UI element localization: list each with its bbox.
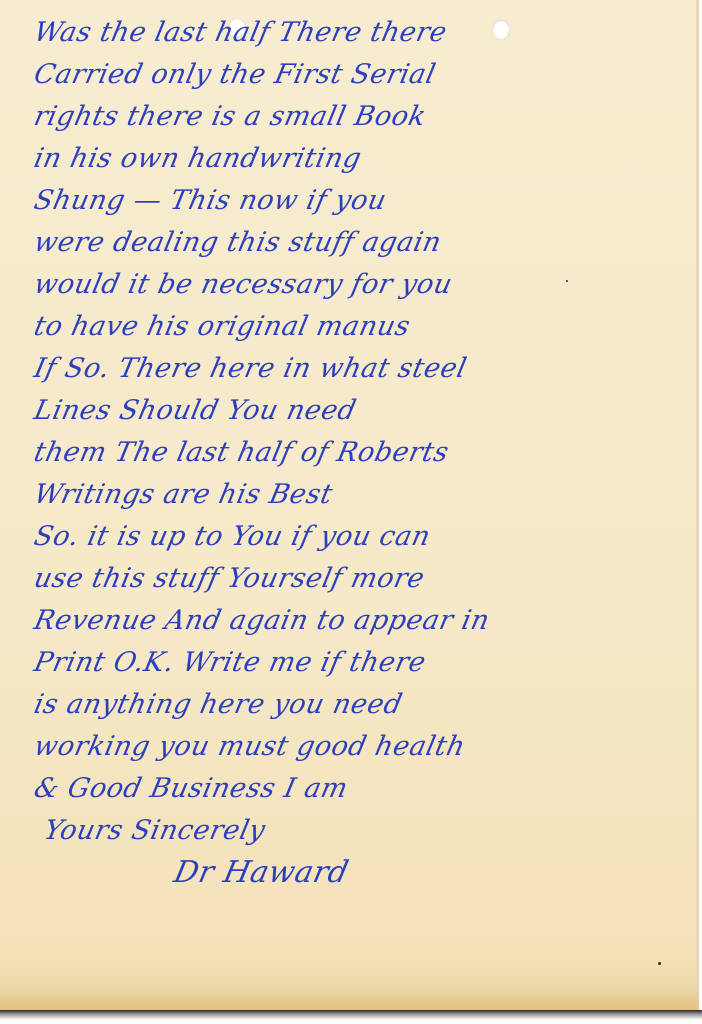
letter-line: them The last half of Roberts <box>30 432 679 474</box>
letter-line: Writings are his Best <box>30 474 679 516</box>
letter-line: Was the last half There there <box>30 12 679 54</box>
letter-line: use this stuff Yourself more <box>30 558 679 600</box>
letter-line: is anything here you need <box>30 684 679 726</box>
letter-line: Revenue And again to appear in <box>30 600 679 642</box>
letter-line: Shung — This now if you <box>30 180 679 222</box>
letter-body: Was the last half There there Carried on… <box>30 12 670 894</box>
letter-closing: Yours Sincerely <box>30 810 679 852</box>
letter-line: Print O.K. Write me if there <box>30 642 679 684</box>
letter-line: So. it is up to You if you can <box>30 516 679 558</box>
paper-speck <box>658 962 661 965</box>
scan-border <box>0 1010 702 1024</box>
paper-edge <box>696 0 699 1010</box>
letter-line: to have his original manus <box>30 306 679 348</box>
letter-line: would it be necessary for you <box>30 264 679 306</box>
letter-line: Carried only the First Serial <box>30 54 679 96</box>
letter-line: working you must good health <box>30 726 679 768</box>
letter-line: were dealing this stuff again <box>30 222 679 264</box>
letter-signature: Dr Haward <box>30 852 679 894</box>
letter-line: Lines Should You need <box>30 390 679 432</box>
letter-line: in his own handwriting <box>30 138 679 180</box>
letter-page: Was the last half There there Carried on… <box>0 0 699 1010</box>
letter-line: rights there is a small Book <box>30 96 679 138</box>
letter-line: & Good Business I am <box>30 768 679 810</box>
letter-line: If So. There here in what steel <box>30 348 679 390</box>
